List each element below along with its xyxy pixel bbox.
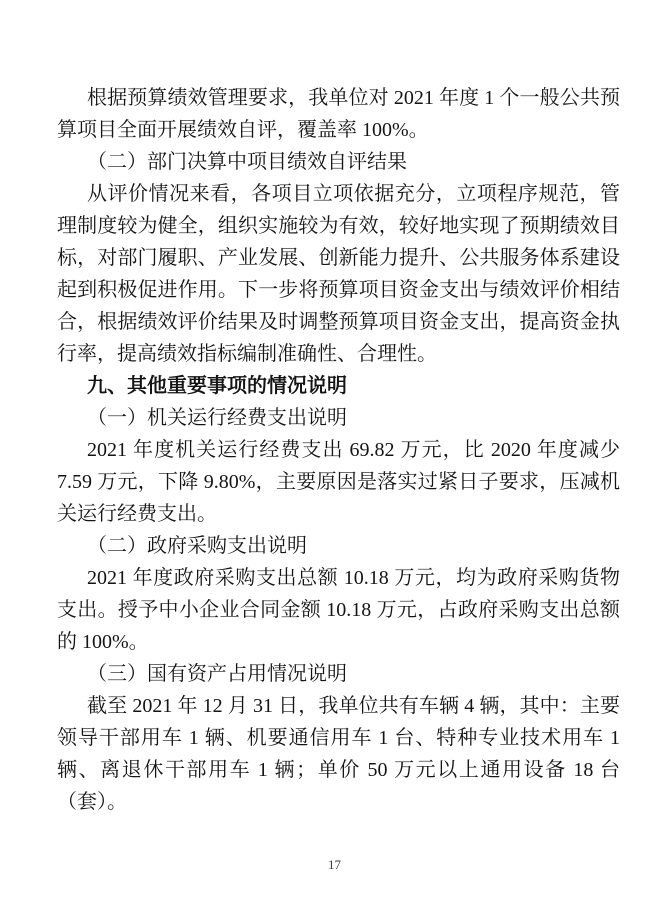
paragraph-agency-operating-expenses-detail: 2021 年度机关运行经费支出 69.82 万元，比 2020 年度减少 7.5… (57, 434, 620, 530)
paragraph-evaluation-findings: 从评价情况来看，各项目立项依据充分，立项程序规范，管理制度较为健全，组织实施较为… (57, 178, 620, 370)
page-number: 17 (0, 857, 669, 873)
subheading-agency-operating-expenses: （一）机关运行经费支出说明 (57, 402, 620, 434)
subheading-government-procurement-expenditure: （二）政府采购支出说明 (57, 530, 620, 562)
subheading-state-owned-assets-occupancy: （三）国有资产占用情况说明 (57, 658, 620, 690)
heading-section-nine-other-important-matters: 九、其他重要事项的情况说明 (57, 370, 620, 402)
paragraph-government-procurement-detail: 2021 年度政府采购支出总额 10.18 万元，均为政府采购货物支出。授予中小… (57, 562, 620, 658)
document-page: 根据预算绩效管理要求，我单位对 2021 年度 1 个一般公共预算项目全面开展绩… (0, 0, 669, 897)
document-body: 根据预算绩效管理要求，我单位对 2021 年度 1 个一般公共预算项目全面开展绩… (57, 82, 620, 818)
subheading-project-performance-self-evaluation-results: （二）部门决算中项目绩效自评结果 (57, 146, 620, 178)
paragraph-vehicles-and-equipment-detail: 截至 2021 年 12 月 31 日，我单位共有车辆 4 辆，其中：主要领导干… (57, 690, 620, 818)
paragraph-performance-self-evaluation-coverage: 根据预算绩效管理要求，我单位对 2021 年度 1 个一般公共预算项目全面开展绩… (57, 82, 620, 146)
